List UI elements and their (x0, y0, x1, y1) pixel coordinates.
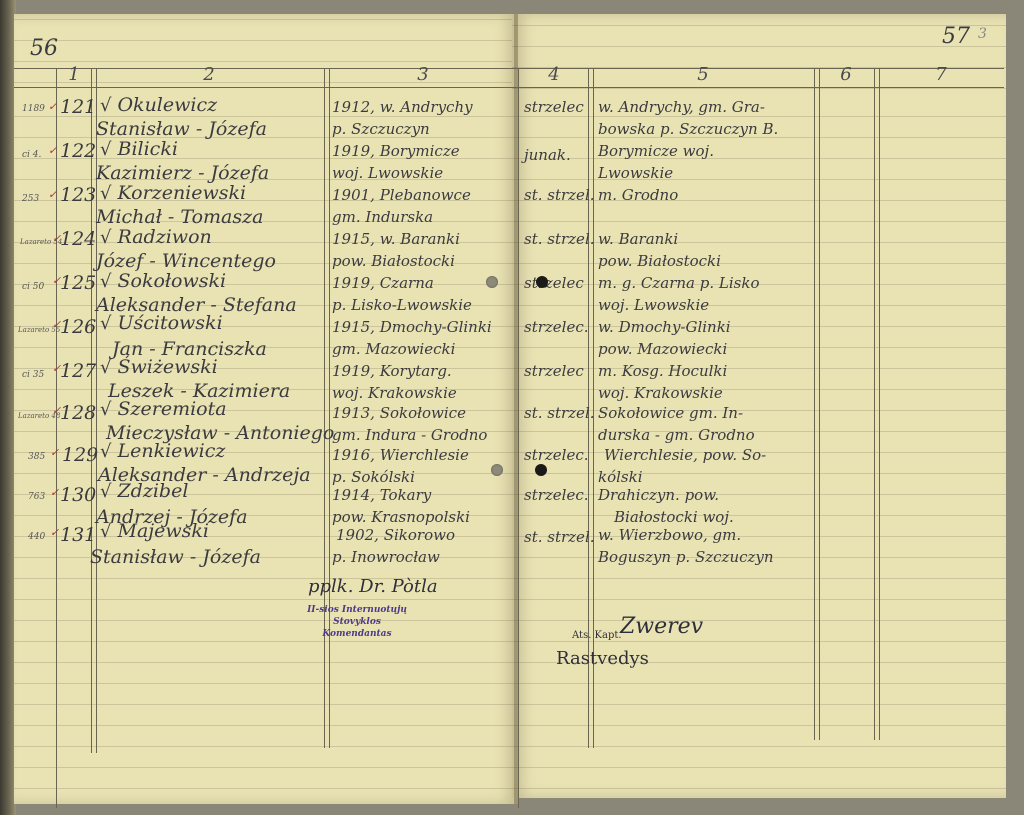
column-header: 4 (520, 64, 588, 85)
check-icon: √ (100, 481, 111, 502)
left-page-number: 56 (30, 36, 58, 61)
birth-place-district: gm. Indura - Grodno (332, 426, 487, 444)
surname-text: Uścitowski (117, 312, 222, 334)
surname: √Majewski (100, 520, 209, 542)
margin-note: ci 4. (22, 150, 41, 160)
address: m. g. Czarna p. Lisko (598, 274, 759, 292)
rank: st. strzel. (524, 230, 595, 248)
column-divider (814, 68, 820, 740)
surname: √Świżewski (100, 356, 218, 378)
stamp-line-2: Komendantas (282, 628, 432, 640)
birth-place: 1919, Korytarg. (332, 362, 452, 380)
check-icon: √ (100, 357, 111, 378)
address: Wierchlesie, pow. So- (604, 446, 766, 464)
given-names: Józef - Wincentego (96, 250, 276, 272)
birth-place: 1902, Sikorowo (336, 526, 455, 544)
birth-place: 1919, Czarna (332, 274, 434, 292)
ledger-book: 56 57 3 1 2 3 4 5 6 7 1189 ✓ 121 √Okulew… (0, 0, 1024, 815)
check-icon: √ (100, 183, 111, 204)
surname-text: Szeremiota (117, 398, 226, 420)
red-check-icon: ✓ (48, 100, 57, 113)
rank: st. strzel. (524, 404, 595, 422)
column-header: 1 (58, 64, 90, 85)
column-header: 6 (818, 64, 874, 85)
address: m. Grodno (598, 186, 678, 204)
birth-place-district: pow. Białostocki (332, 252, 455, 270)
check-icon: √ (100, 227, 111, 248)
row-number: 123 (60, 184, 96, 206)
given-names: Stanisław - Józefa (90, 546, 261, 568)
row-number: 131 (60, 524, 96, 546)
red-check-icon: ✓ (48, 144, 57, 157)
address-line2: Białostocki woj. (614, 508, 734, 526)
birth-place: 1919, Borymicze (332, 142, 460, 160)
row-number: 130 (60, 484, 96, 506)
punch-hole (536, 276, 548, 288)
birth-place-district: woj. Krakowskie (332, 384, 457, 402)
surname: √Uścitowski (100, 312, 223, 334)
surname-text: Zdzibel (117, 480, 188, 502)
address-line2: woj. Krakowskie (598, 384, 723, 402)
stamp-line-1: II-sios Internuotųjų Stovyklos (282, 604, 432, 628)
signer-rank: Ats. Kapt. (572, 630, 622, 641)
red-check-icon: ✓ (50, 446, 59, 459)
birth-place: 1914, Tokary (332, 486, 431, 504)
surname-text: Majewski (117, 520, 209, 542)
row-number: 125 (60, 272, 96, 294)
birth-place: 1901, Plebanowce (332, 186, 471, 204)
red-check-icon: ✓ (50, 526, 59, 539)
check-icon: √ (100, 95, 111, 116)
right-page-number: 57 (942, 24, 970, 49)
address-line2: pow. Mazowiecki (598, 340, 727, 358)
row-number: 128 (60, 402, 96, 424)
red-check-icon: ✓ (50, 486, 59, 499)
margin-note: ci 50 (22, 282, 44, 292)
address-line2: Lwowskie (598, 164, 673, 182)
surname-text: Bilicki (117, 138, 177, 160)
row-number: 127 (60, 360, 96, 382)
birth-place: 1916, Wierchlesie (332, 446, 469, 464)
rank: strzelec (524, 362, 584, 380)
address-line2: pow. Białostocki (598, 252, 721, 270)
birth-place-district: p. Szczuczyn (332, 120, 430, 138)
address: w. Dmochy-Glinki (598, 318, 731, 336)
check-icon: √ (100, 139, 111, 160)
column-divider (874, 68, 880, 740)
margin-note: 385 (28, 452, 45, 462)
rank: strzelec. (524, 446, 589, 464)
birth-place-district: gm. Mazowiecki (332, 340, 455, 358)
rank: strzelec. (524, 318, 589, 336)
given-names: Stanisław - Józefa (96, 118, 267, 140)
check-icon: √ (100, 271, 111, 292)
official-stamp: II-sios Internuotųjų Stovyklos Komendant… (282, 604, 432, 640)
row-number: 129 (62, 444, 98, 466)
address: w. Baranki (598, 230, 678, 248)
surname-text: Radziwon (117, 226, 211, 248)
address-line2: Boguszyn p. Szczuczyn (598, 548, 774, 566)
row-number: 122 (60, 140, 96, 162)
margin-note: 1189 (22, 104, 45, 114)
birth-place-district: pow. Krasnopolski (332, 508, 470, 526)
rank: strzelec. (524, 486, 589, 504)
column-header: 2 (95, 64, 323, 85)
given-names: Michał - Tomasza (96, 206, 263, 228)
address-line2: kólski (598, 468, 643, 486)
check-icon: √ (100, 521, 111, 542)
margin-note: 763 (28, 492, 45, 502)
surname-text: Okulewicz (117, 94, 217, 116)
surname-text: Sokołowski (117, 270, 226, 292)
header-bottom-rule (14, 87, 1004, 88)
address: Drahiczyn. pow. (598, 486, 719, 504)
birth-place-district: gm. Indurska (332, 208, 433, 226)
rank: strzelec (524, 98, 584, 116)
surname: √Korzeniewski (100, 182, 246, 204)
birth-place: 1915, Dmochy-Glinki (332, 318, 492, 336)
margin-note: 253 (22, 194, 39, 204)
birth-place: 1913, Sokołowice (332, 404, 466, 422)
margin-note: 440 (28, 532, 45, 542)
address-line2: bowska p. Szczuczyn B. (598, 120, 778, 138)
punch-hole (491, 464, 503, 476)
address: m. Kosg. Hoculki (598, 362, 727, 380)
address: Sokołowice gm. In- (598, 404, 743, 422)
address: w. Wierzbowo, gm. (598, 526, 741, 544)
surname: √Bilicki (100, 138, 178, 160)
surname-text: Świżewski (117, 356, 217, 378)
punch-hole (535, 464, 547, 476)
officer-signature: Zwerev (620, 614, 703, 639)
check-icon: √ (100, 441, 111, 462)
surname: √Szeremiota (100, 398, 227, 420)
column-header: 7 (878, 64, 1004, 85)
surname: √Lenkiewicz (100, 440, 225, 462)
rank: st. strzel. (524, 528, 595, 546)
address: Borymicze woj. (598, 142, 714, 160)
surname-text: Lenkiewicz (117, 440, 225, 462)
birth-place: 1912, w. Andrychy (332, 98, 473, 116)
column-divider (518, 68, 519, 808)
punch-hole (486, 276, 498, 288)
birth-place: 1915, w. Baranki (332, 230, 460, 248)
given-names: Kazimierz - Józefa (96, 162, 269, 184)
surname: √Sokołowski (100, 270, 226, 292)
birth-place-district: p. Sokólski (332, 468, 415, 486)
row-number: 121 (60, 96, 96, 118)
rank: junak. (524, 146, 571, 164)
rank: strzelec (524, 274, 584, 292)
surname: √Radziwon (100, 226, 212, 248)
commandant-signature: pplk. Dr. Pòtla (308, 576, 438, 597)
check-icon: √ (100, 399, 111, 420)
surname: √Zdzibel (100, 480, 188, 502)
right-page-annotation: 3 (978, 26, 987, 42)
column-divider (56, 68, 57, 808)
address: w. Andrychy, gm. Gra- (598, 98, 765, 116)
column-header: 3 (328, 64, 518, 85)
birth-place-district: p. Inowrocław (332, 548, 440, 566)
surname: √Okulewicz (100, 94, 217, 116)
rank: st. strzel. (524, 186, 595, 204)
signer-name: Rastvedys (556, 648, 649, 669)
check-icon: √ (100, 313, 111, 334)
surname-text: Korzeniewski (117, 182, 246, 204)
margin-note: ci 35 (22, 370, 44, 380)
row-number: 124 (60, 228, 96, 250)
column-divider (324, 68, 330, 748)
birth-place-district: p. Lisko-Lwowskie (332, 296, 472, 314)
address-line2: woj. Lwowskie (598, 296, 709, 314)
red-check-icon: ✓ (48, 188, 57, 201)
birth-place-district: woj. Lwowskie (332, 164, 443, 182)
address-line2: durska - gm. Grodno (598, 426, 755, 444)
row-number: 126 (60, 316, 96, 338)
column-header: 5 (592, 64, 814, 85)
